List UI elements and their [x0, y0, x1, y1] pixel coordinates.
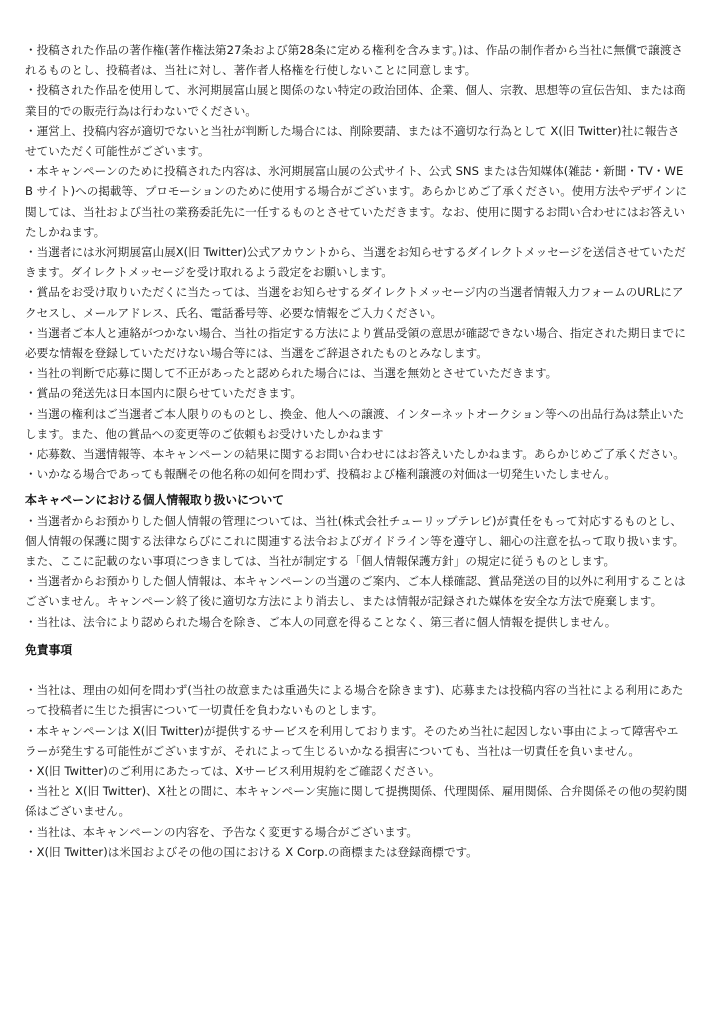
terms-item: ・本キャンペーンのために投稿された内容は、氷河期展富山展の公式サイト、公式 SN… — [25, 161, 689, 242]
terms-item: ・運営上、投稿内容が適切でないと当社が判断した場合には、削除要請、または不適切な… — [25, 121, 689, 161]
section-heading: 免責事項 — [25, 640, 689, 660]
terms-item: ・当社は、理由の如何を問わず(当社の故意または重過失による場合を除きます)、応募… — [25, 680, 689, 720]
terms-item: ・当選の権利はご当選者ご本人限りのものとし、換金、他人への譲渡、インターネットオ… — [25, 404, 689, 444]
section-heading: 本キャペーンにおける個人情報取り扱いについて — [25, 490, 689, 510]
terms-item: ・賞品をお受け取りいただくに当たっては、当選をお知らせするダイレクトメッセージ内… — [25, 282, 689, 322]
terms-item: ・当社は、本キャンペーンの内容を、予告なく変更する場合がございます。 — [25, 822, 689, 842]
terms-item: ・応募数、当選情報等、本キャンペーンの結果に関するお問い合わせにはお答えいたしか… — [25, 444, 689, 464]
terms-text-block: ・投稿された作品の著作権(著作権法第27条および第28条に定める権利を含みます。… — [25, 40, 689, 862]
terms-item: ・当選者からお預かりした個人情報は、本キャンペーンの当選のご案内、ご本人様確認、… — [25, 571, 689, 611]
terms-item: ・投稿された作品を使用して、氷河期展富山展と関係のない特定の政治団体、企業、個人… — [25, 80, 689, 120]
terms-item: ・当社は、法令により認められた場合を除き、ご本人の同意を得ることなく、第三者に個… — [25, 612, 689, 632]
terms-item: ・当選者からお預かりした個人情報の管理については、当社(株式会社チューリップテレ… — [25, 511, 689, 572]
terms-item: ・X(旧 Twitter)のご利用にあたっては、Xサービス利用規約をご確認くださ… — [25, 761, 689, 781]
terms-item: ・賞品の発送先は日本国内に限らせていただきます。 — [25, 383, 689, 403]
terms-item: ・当選者には氷河期展富山展X(旧 Twitter)公式アカウントから、当選をお知… — [25, 242, 689, 282]
terms-item: ・当社と X(旧 Twitter)、X社との間に、本キャンペーン実施に関して提携… — [25, 781, 689, 821]
terms-item: ・X(旧 Twitter)は米国およびその他の国における X Corp.の商標ま… — [25, 842, 689, 862]
document-page: ・投稿された作品の著作権(著作権法第27条および第28条に定める権利を含みます。… — [0, 0, 709, 1024]
terms-item: ・当選者ご本人と連絡がつかない場合、当社の指定する方法により賞品受領の意思が確認… — [25, 323, 689, 363]
terms-item: ・本キャンペーンは X(旧 Twitter)が提供するサービスを利用しております… — [25, 721, 689, 761]
terms-item: ・いかなる場合であっても報酬その他名称の如何を問わず、投稿および権利譲渡の対価は… — [25, 464, 689, 484]
terms-item: ・投稿された作品の著作権(著作権法第27条および第28条に定める権利を含みます。… — [25, 40, 689, 80]
terms-item: ・当社の判断で応募に関して不正があったと認められた場合には、当選を無効とさせてい… — [25, 363, 689, 383]
